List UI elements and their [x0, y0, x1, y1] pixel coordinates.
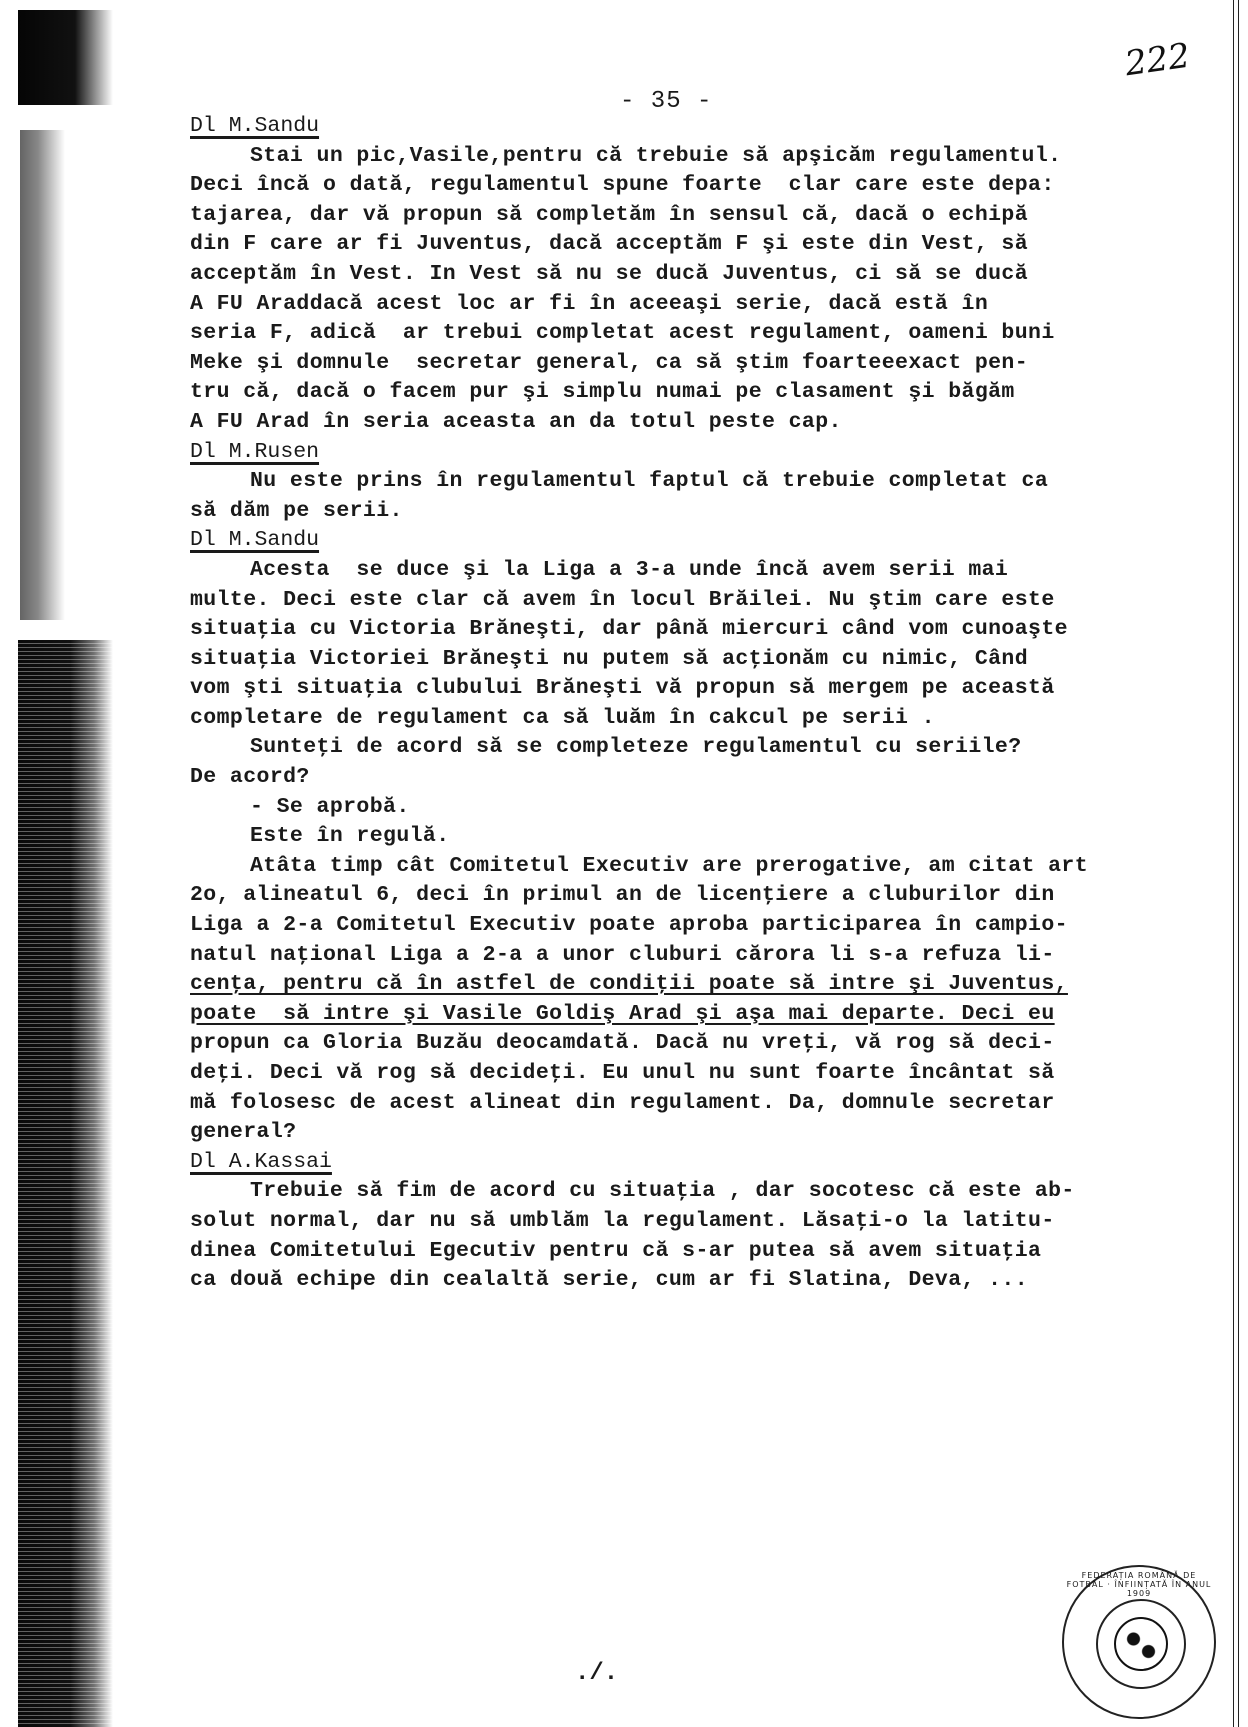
text-line: Este în regulă. [190, 822, 1220, 852]
text-line: multe. Deci este clar că avem în locul B… [190, 586, 1220, 616]
speaker-block: Dl M.Rusen Nu este prins în regulamentul… [190, 438, 1220, 527]
text-line: deţi. Deci vă rog să decideţi. Eu unul n… [190, 1059, 1220, 1089]
page-border-right [1233, 0, 1239, 1727]
text-line: vom şti situaţia clubului Brăneşti vă pr… [190, 674, 1220, 704]
speaker-block: Dl M.Sandu Stai un pic,Vasile,pentru că … [190, 112, 1220, 438]
text-line: natul naţional Liga a 2-a a unor cluburi… [190, 941, 1220, 971]
speaker-name: Dl M.Rusen [190, 438, 319, 468]
text-line: Sunteţi de acord să se completeze regula… [190, 733, 1220, 763]
continuation-mark: ./. [575, 1660, 618, 1687]
handwritten-folio-number: 222 [1123, 36, 1193, 85]
page-number: - 35 - [620, 88, 712, 115]
scan-shadow-bottom [18, 640, 113, 1727]
stamp-text: FEDERAȚIA ROMÂNĂ DE FOTBAL · ÎNFIINȚATĂ … [1064, 1571, 1214, 1598]
text-line: - Se aprobă. [190, 793, 1220, 823]
football-icon [1114, 1617, 1168, 1671]
text-line: tru că, dacă o facem pur şi simplu numai… [190, 378, 1220, 408]
scan-shadow-middle [20, 130, 65, 620]
speaker-block: Dl A.Kassai Trebuie să fim de acord cu s… [190, 1148, 1220, 1296]
text-line: general? [190, 1118, 1220, 1148]
text-line: Acesta se duce şi la Liga a 3-a unde înc… [190, 556, 1220, 586]
text-line: De acord? [190, 763, 1220, 793]
text-line: propun ca Gloria Buzău deocamdată. Dacă … [190, 1029, 1220, 1059]
text-line: Liga a 2-a Comitetul Executiv poate apro… [190, 911, 1220, 941]
text-line: acceptăm în Vest. In Vest să nu se ducă … [190, 260, 1220, 290]
text-line: situaţia Victoriei Brăneşti nu putem să … [190, 645, 1220, 675]
scan-shadow-top [18, 10, 113, 105]
text-line: dinea Comitetului Egecutiv pentru că s-a… [190, 1237, 1220, 1267]
text-line: situaţia cu Victoria Brăneşti, dar până … [190, 615, 1220, 645]
text-line: Meke şi domnule secretar general, ca să … [190, 349, 1220, 379]
text-line: mă folosesc de acest alineat din regulam… [190, 1089, 1220, 1119]
text-line: Nu este prins în regulamentul faptul că … [190, 467, 1220, 497]
text-line-underlined: cenţa, pentru că în astfel de condiţii p… [190, 970, 1220, 1000]
speaker-block: Dl M.Sandu Acesta se duce şi la Liga a 3… [190, 526, 1220, 1147]
speaker-name: Dl M.Sandu [190, 526, 319, 556]
text-line: Stai un pic,Vasile,pentru că trebuie să … [190, 142, 1220, 172]
text-line: tajarea, dar vă propun să completăm în s… [190, 201, 1220, 231]
speaker-name: Dl M.Sandu [190, 112, 319, 142]
text-line: Atâta timp cât Comitetul Executiv are pr… [190, 852, 1220, 882]
text-line: A FU Araddacă acest loc ar fi în aceeaşi… [190, 290, 1220, 320]
speaker-name: Dl A.Kassai [190, 1148, 332, 1178]
football-seal-icon: FEDERAȚIA ROMÂNĂ DE FOTBAL · ÎNFIINȚATĂ … [1062, 1565, 1216, 1719]
transcript-body: Dl M.Sandu Stai un pic,Vasile,pentru că … [190, 112, 1220, 1296]
text-line: A FU Arad în seria aceasta an da totul p… [190, 408, 1220, 438]
text-line: solut normal, dar nu să umblăm la regula… [190, 1207, 1220, 1237]
text-line: completare de regulament ca să luăm în c… [190, 704, 1220, 734]
text-line: Deci încă o dată, regulamentul spune foa… [190, 171, 1220, 201]
text-line: ca două echipe din cealaltă serie, cum a… [190, 1266, 1220, 1296]
text-line: 2o, alineatul 6, deci în primul an de li… [190, 881, 1220, 911]
text-line: din F care ar fi Juventus, dacă acceptăm… [190, 230, 1220, 260]
text-line: să dăm pe serii. [190, 497, 1220, 527]
text-line: Trebuie să fim de acord cu situaţia , da… [190, 1177, 1220, 1207]
text-line-underlined: poate să intre şi Vasile Goldiş Arad şi … [190, 1000, 1220, 1030]
text-line: seria F, adică ar trebui completat acest… [190, 319, 1220, 349]
